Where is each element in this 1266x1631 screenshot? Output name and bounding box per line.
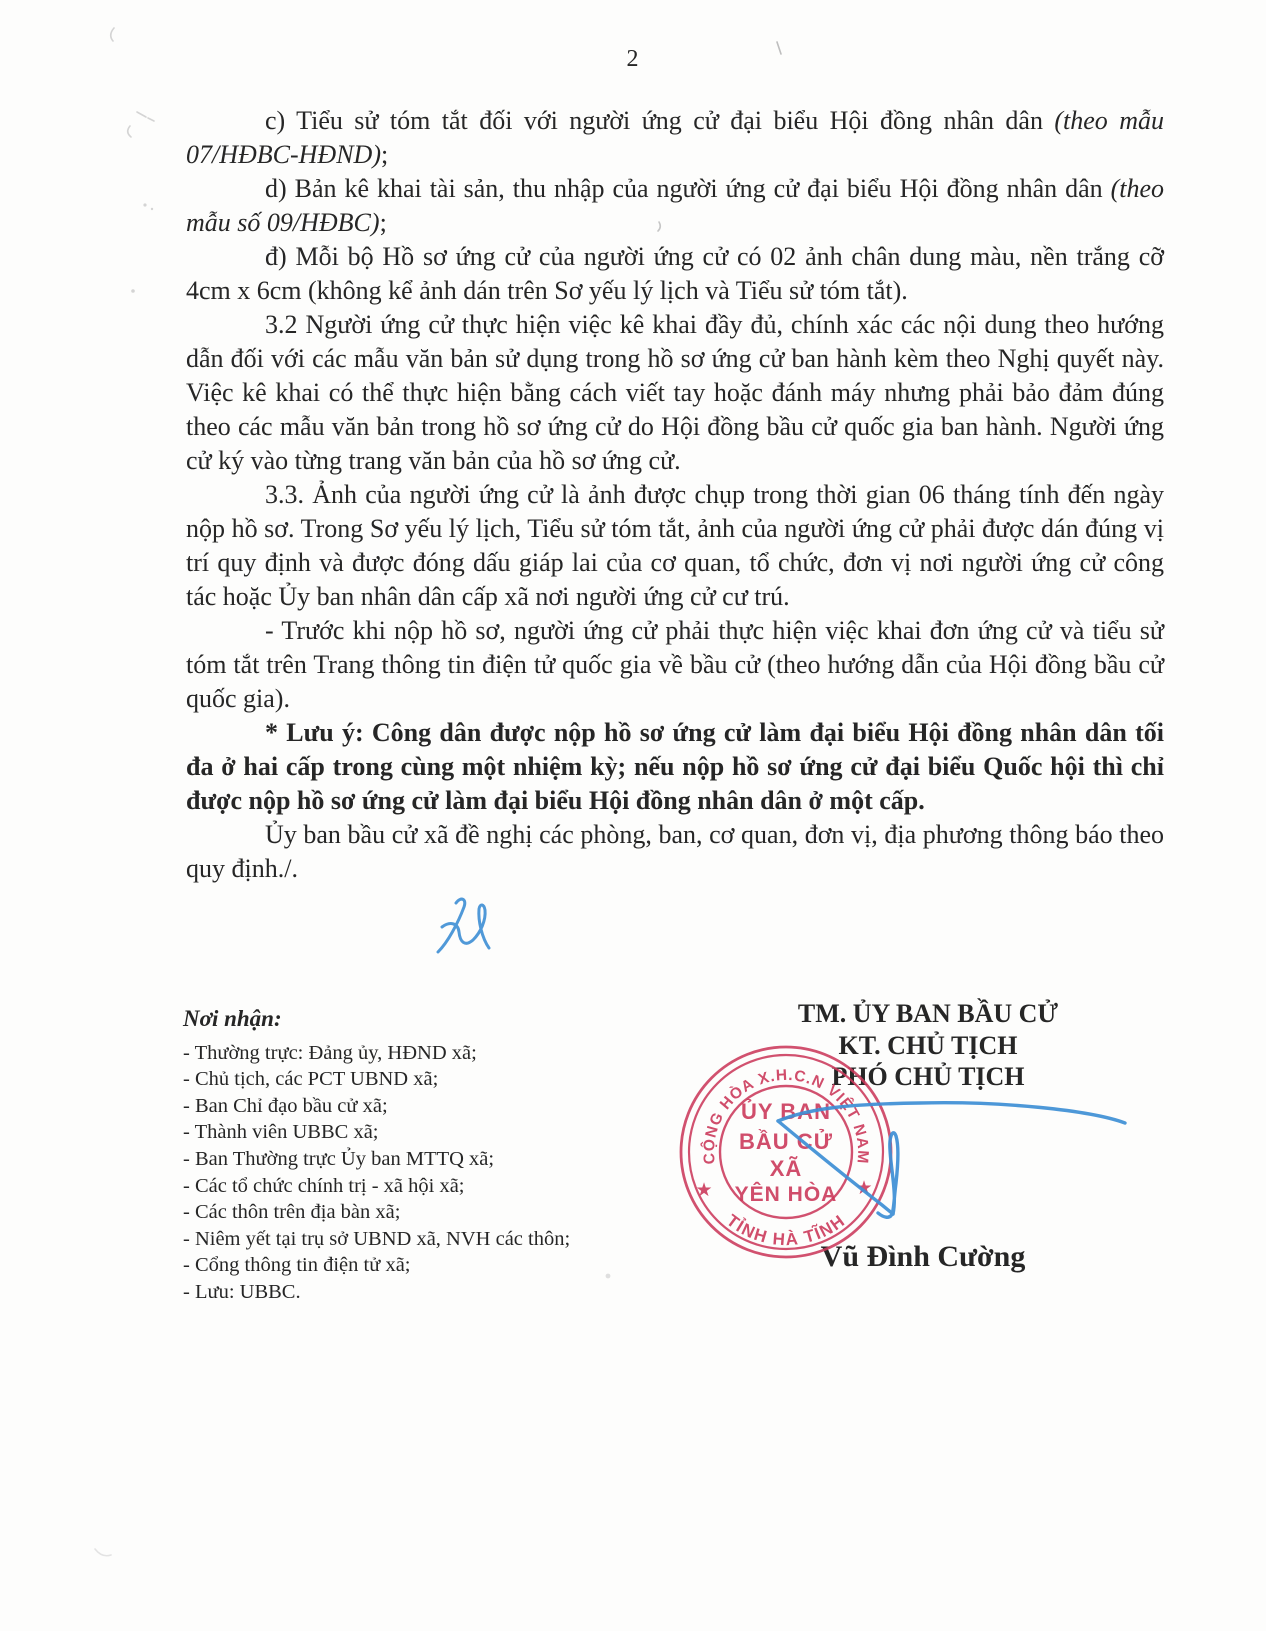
paragraph-3-3: 3.3. Ảnh của người ứng cử là ảnh được ch… — [186, 478, 1164, 614]
recipient-item: - Thành viên UBBC xã; — [183, 1119, 703, 1146]
paragraph-d-tail: ; — [380, 208, 387, 237]
recipient-item: - Thường trực: Đảng ủy, HĐND xã; — [183, 1040, 703, 1067]
signature-block: TM. ỦY BAN BẦU CỬ KT. CHỦ TỊCH PHÓ CHỦ T… — [728, 998, 1128, 1093]
page-number: 2 — [0, 46, 1266, 73]
scanned-document-page: 2 c) Tiểu sử tóm tắt đối với người ứng c… — [0, 0, 1266, 1631]
paragraph-dd: đ) Mỗi bộ Hồ sơ ứng cử của người ứng cử … — [186, 240, 1164, 308]
signature-stroke-loop — [878, 1133, 898, 1217]
paragraph-dash: - Trước khi nộp hồ sơ, người ứng cử phải… — [186, 614, 1164, 716]
paragraph-c-tail: ; — [381, 140, 388, 169]
signature-title-line: PHÓ CHỦ TỊCH — [728, 1061, 1128, 1093]
paragraph-c-text: c) Tiểu sử tóm tắt đối với người ứng cử … — [265, 106, 1054, 135]
scan-artifact — [151, 208, 153, 210]
paragraph-d-text: d) Bản kê khai tài sản, thu nhập của ngư… — [265, 174, 1111, 203]
initial-stroke-1 — [438, 899, 465, 952]
scan-artifact — [143, 203, 146, 206]
paragraph-c: c) Tiểu sử tóm tắt đối với người ứng cử … — [186, 104, 1164, 172]
signature-kt-line: KT. CHỦ TỊCH — [728, 1030, 1128, 1062]
scan-artifact — [95, 1549, 111, 1556]
recipient-item: - Các thôn trên địa bàn xã; — [183, 1199, 703, 1226]
stamp-center-line1: ỦY BAN — [741, 1099, 831, 1124]
signatory-name: Vũ Đình Cường — [728, 1240, 1118, 1274]
recipient-item: - Lưu: UBBC. — [183, 1279, 703, 1306]
initial-stroke-2 — [442, 905, 489, 948]
stamp-inner-ring — [720, 1086, 852, 1218]
official-stamp-text: CỘNG HÒA X.H.C.N VIỆT NAM TỈNH HÀ TĨNH ★… — [695, 1067, 872, 1249]
paragraph-closing: Ủy ban bầu cử xã đề nghị các phòng, ban,… — [186, 818, 1164, 886]
scan-artifact — [137, 112, 154, 121]
paragraph-note: * Lưu ý: Công dân được nộp hồ sơ ứng cử … — [186, 716, 1164, 818]
stamp-center-line3: XÃ — [770, 1156, 803, 1181]
signature-stroke-horizontal — [778, 1103, 1125, 1123]
recipient-item: - Ban Thường trực Ủy ban MTTQ xã; — [183, 1146, 703, 1173]
stamp-center-line4: YÊN HÒA — [735, 1182, 838, 1206]
recipient-item: - Chủ tịch, các PCT UBND xã; — [183, 1066, 703, 1093]
stamp-star-right-icon: ★ — [855, 1178, 872, 1199]
signature-stroke-diagonal — [778, 1121, 893, 1214]
recipient-item: - Niêm yết tại trụ sở UBND xã, NVH các t… — [183, 1226, 703, 1253]
document-body: c) Tiểu sử tóm tắt đối với người ứng cử … — [186, 104, 1164, 886]
recipients-block: Nơi nhận: - Thường trực: Đảng ủy, HĐND x… — [183, 1006, 703, 1306]
scan-artifact — [131, 289, 135, 293]
signature-org-line: TM. ỦY BAN BẦU CỬ — [728, 998, 1128, 1030]
recipient-item: - Cổng thông tin điện tử xã; — [183, 1252, 703, 1279]
scan-artifact — [111, 28, 114, 41]
handwritten-initial — [438, 899, 489, 952]
scan-artifact — [128, 126, 131, 137]
handwritten-signature — [778, 1103, 1125, 1218]
paragraph-3-2: 3.2 Người ứng cử thực hiện việc kê khai … — [186, 308, 1164, 478]
stamp-center-line2: BẦU CỬ — [739, 1129, 833, 1154]
recipient-item: - Các tổ chức chính trị - xã hội xã; — [183, 1173, 703, 1200]
recipient-item: - Ban Chỉ đạo bầu cử xã; — [183, 1093, 703, 1120]
paragraph-d: d) Bản kê khai tài sản, thu nhập của ngư… — [186, 172, 1164, 240]
recipients-heading: Nơi nhận: — [183, 1006, 703, 1033]
